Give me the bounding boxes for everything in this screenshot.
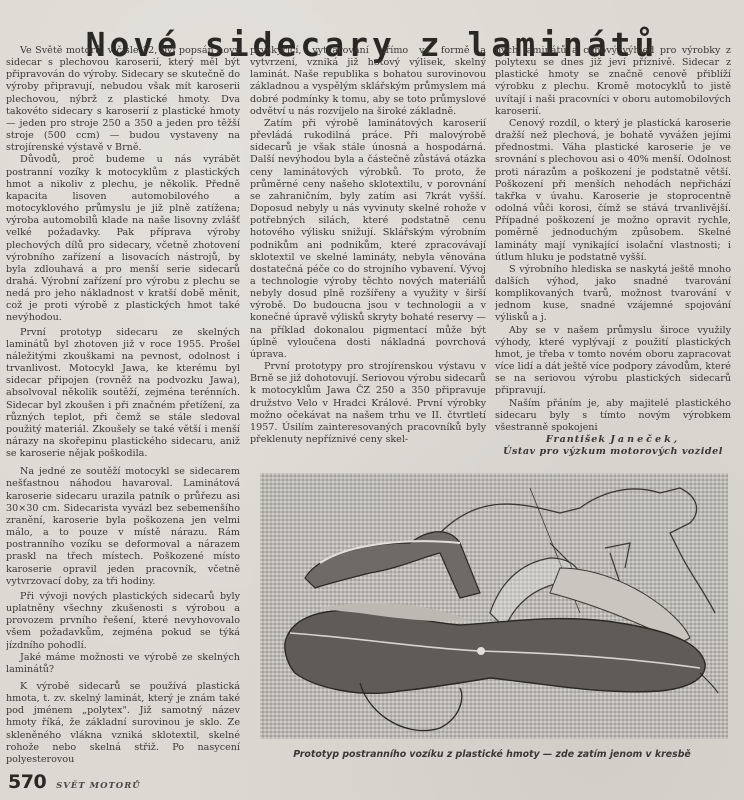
article-column-2: pryskyřicí, vytvarování přímo ve formě a… (250, 45, 486, 465)
author-organization: Ústav pro výzkum motorových vozidel (495, 446, 731, 458)
paragraph: Zatím při výrobě laminátových karoserií … (250, 118, 486, 361)
article-column-3: ných laminátů a cenový výhled pro výrobk… (495, 45, 731, 465)
paragraph: pryskyřicí, vytvarování přímo ve formě a… (250, 45, 486, 118)
paragraph: S výrobního hlediska se naskytá ještě mn… (495, 264, 731, 325)
author-signature: František Janeček, Ústav pro výzkum moto… (495, 434, 731, 458)
magazine-name: SVĚT MOTORŮ (56, 781, 141, 791)
sidecar-illustration (260, 473, 728, 739)
section-question: Jaké máme možnosti ve výrobě ze skelných… (6, 652, 240, 676)
paragraph: Na jedné ze soutěží motocykl se sidecare… (6, 466, 240, 588)
paragraph: Aby se v našem průmyslu široce využily v… (495, 325, 731, 398)
sidecar-prototype-icon (260, 473, 728, 739)
paragraph: Cenový rozdíl, o který je plastická karo… (495, 118, 731, 264)
paragraph: První prototypy pro strojírenskou výstav… (250, 361, 486, 446)
figure-caption: Prototyp postranního vozíku z plastické … (240, 749, 744, 760)
magazine-page: Nové sidecary z laminátů Ve Světě motorů… (0, 0, 744, 800)
paragraph: ných laminátů a cenový výhled pro výrobk… (495, 45, 731, 118)
paragraph: Naším přáním je, aby majitelé plastickéh… (495, 398, 731, 434)
paragraph: K výrobě sidecarů se používá plastická h… (6, 681, 240, 766)
page-footer: 570 SVĚT MOTORŮ (8, 771, 141, 795)
author-name: František Janeček, (495, 434, 731, 446)
paragraph: Důvodů, proč budeme u nás vyrábět postra… (6, 154, 240, 324)
article-column-1: Ve Světě motorů, v čísle 12, byl popsán … (6, 45, 240, 767)
paragraph: První prototyp sidecaru ze skelných lami… (6, 327, 240, 461)
paragraph: Ve Světě motorů, v čísle 12, byl popsán … (6, 45, 240, 154)
page-number: 570 (8, 771, 46, 793)
paragraph: Při vývoji nových plastických sidecarů b… (6, 591, 240, 652)
